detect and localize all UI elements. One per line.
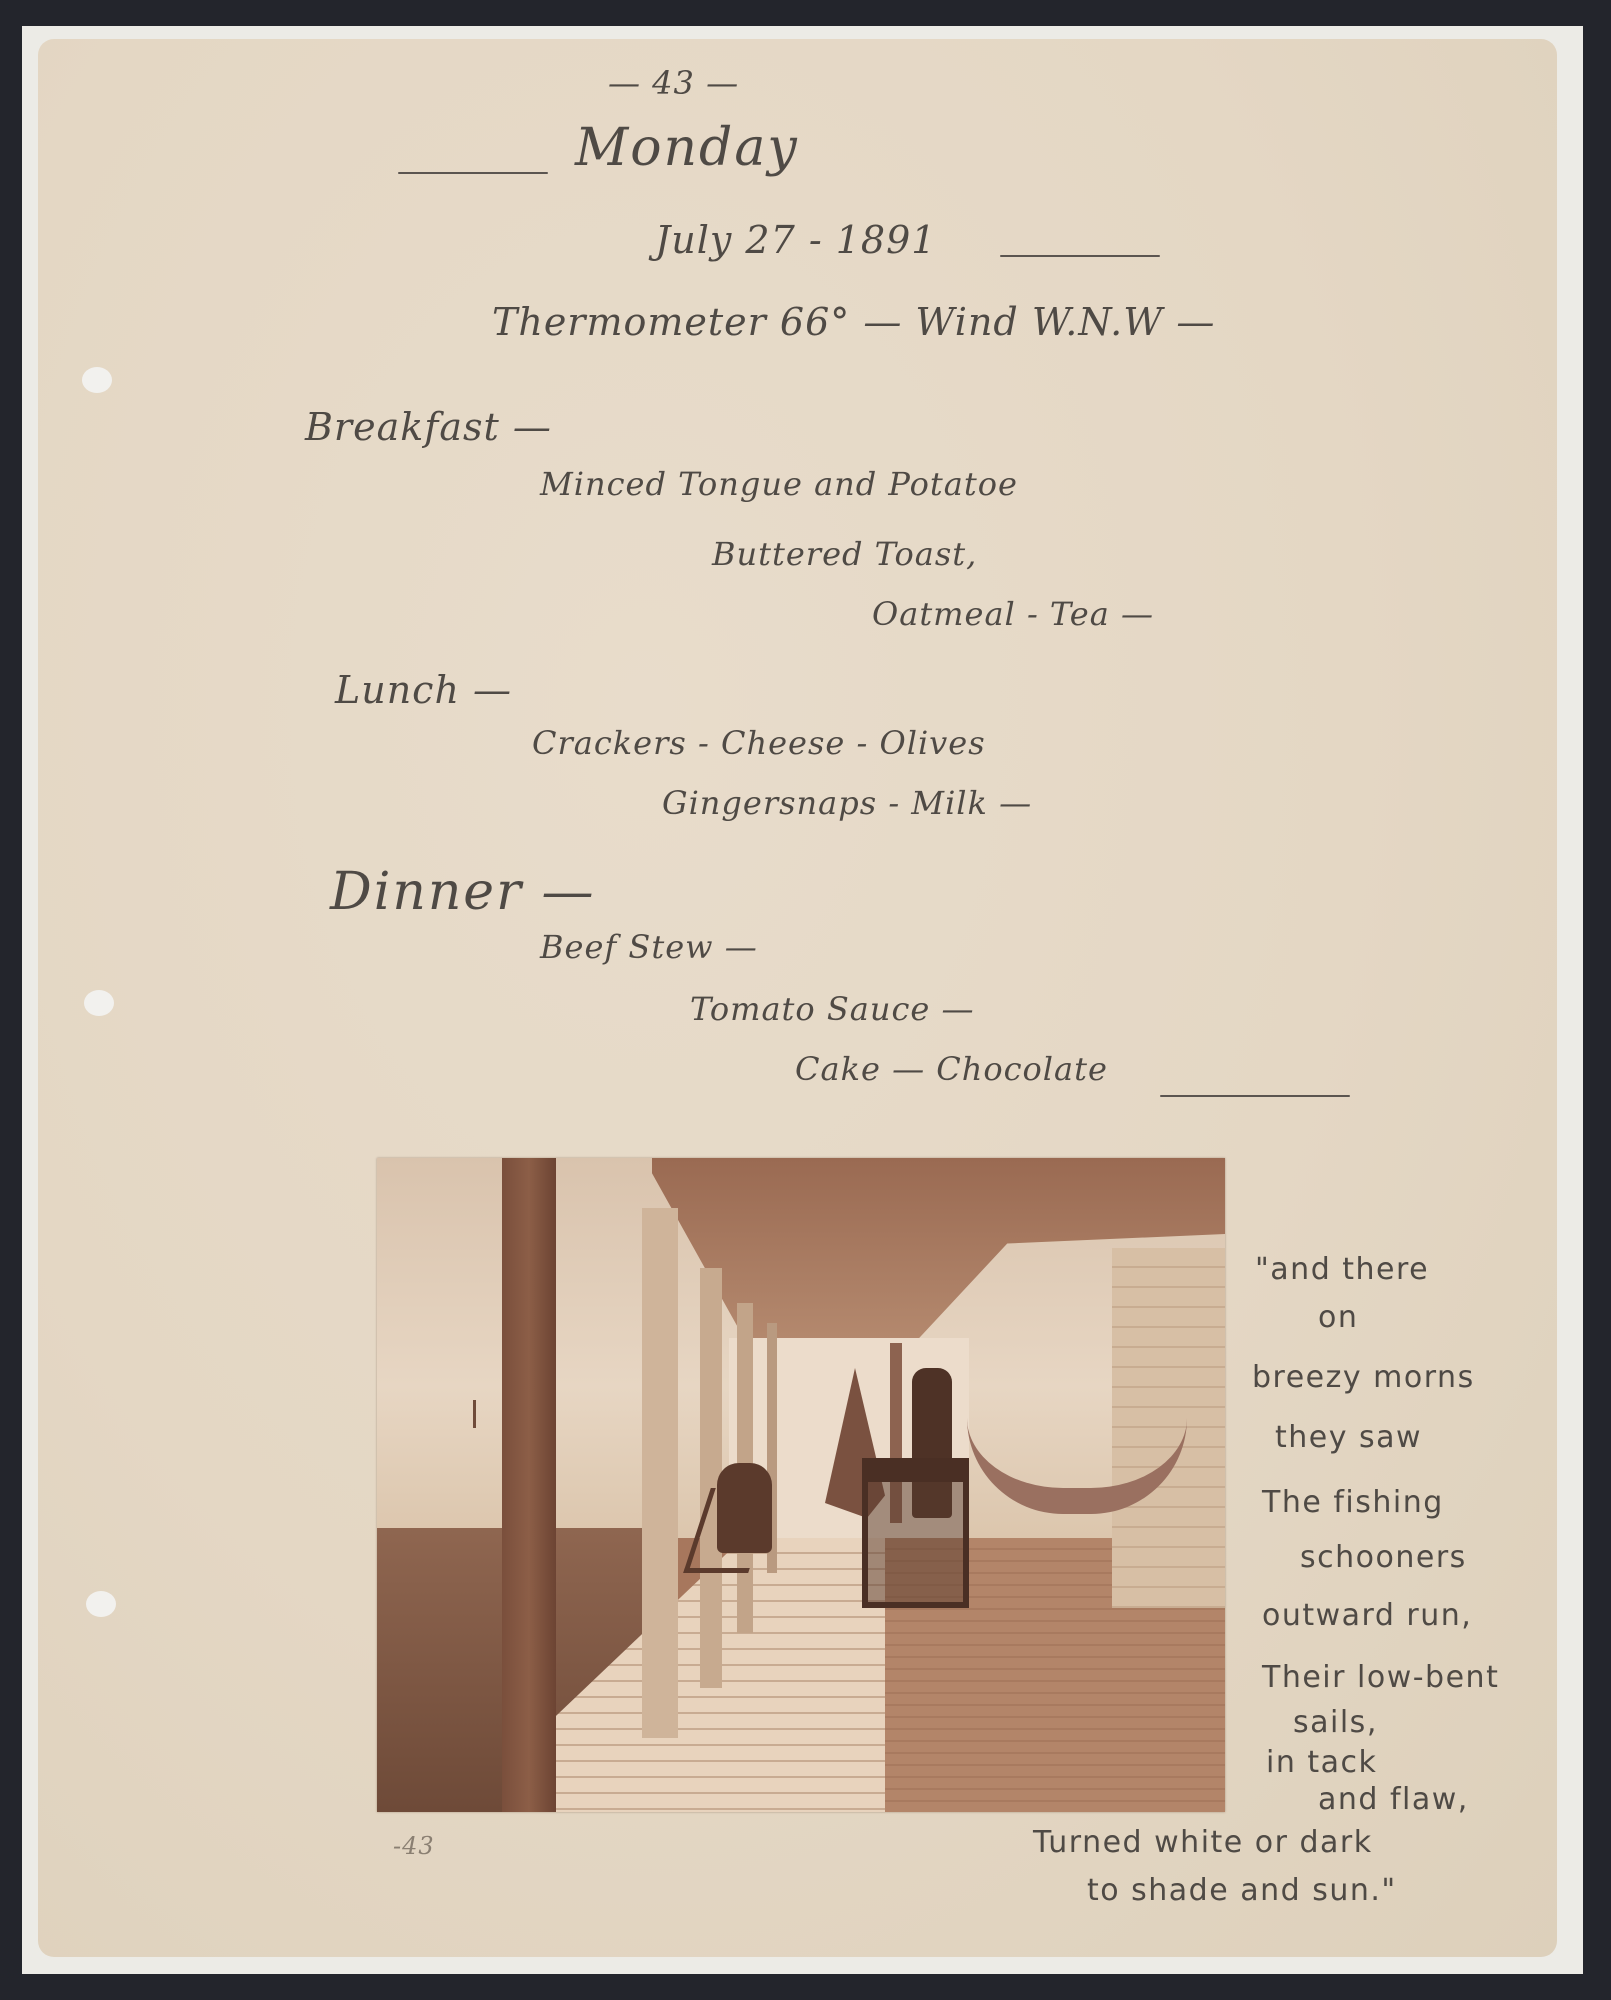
photo-sailboat xyxy=(473,1400,476,1428)
breakfast-heading: Breakfast — xyxy=(305,405,552,449)
dinner-item: Beef Stew — xyxy=(540,928,758,966)
weather-note: Thermometer 66° — Wind W.N.W — xyxy=(492,300,1215,344)
caption-line: outward run, xyxy=(1262,1598,1472,1633)
breakfast-item: Minced Tongue and Potatoe xyxy=(540,465,1018,503)
caption-line: sails, xyxy=(1293,1705,1378,1740)
lunch-item: Gingersnaps - Milk — xyxy=(662,784,1032,822)
caption-line: Their low-bent xyxy=(1262,1660,1499,1695)
caption-line: The fishing xyxy=(1262,1485,1444,1520)
caption-line: "and there xyxy=(1255,1252,1429,1287)
dinner-heading: Dinner — xyxy=(330,862,595,922)
title-flourish-rule xyxy=(398,172,548,174)
lunch-heading: Lunch — xyxy=(335,668,512,712)
chocolate-underline xyxy=(1160,1095,1350,1097)
breakfast-item: Oatmeal - Tea — xyxy=(872,595,1154,633)
date-rule xyxy=(1000,255,1160,257)
dinner-item: Cake — Chocolate xyxy=(795,1050,1108,1088)
caption-line: breezy morns xyxy=(1252,1360,1475,1395)
caption-line: schooners xyxy=(1300,1540,1467,1575)
page-number-top: — 43 — xyxy=(608,64,739,102)
page-number-bottom: -43 xyxy=(393,1832,435,1860)
photo-post xyxy=(642,1208,678,1738)
punch-hole-middle xyxy=(84,990,114,1016)
entry-date: July 27 - 1891 xyxy=(655,218,936,262)
caption-line: on xyxy=(1318,1300,1358,1335)
lunch-item: Crackers - Cheese - Olives xyxy=(532,724,986,762)
caption-line: they saw xyxy=(1275,1420,1422,1455)
photo-post-front xyxy=(502,1158,556,1812)
caption-line: in tack xyxy=(1266,1745,1377,1780)
caption-line: to shade and sun." xyxy=(1087,1873,1397,1908)
porch-photograph[interactable] xyxy=(377,1158,1225,1812)
dinner-item: Tomato Sauce — xyxy=(690,990,974,1028)
punch-hole-top xyxy=(82,367,112,393)
photo-rocking-chair xyxy=(862,1458,969,1608)
page-title-day: Monday xyxy=(575,118,799,178)
breakfast-item: Buttered Toast, xyxy=(712,535,977,573)
punch-hole-bottom xyxy=(86,1591,116,1617)
caption-line: and flaw, xyxy=(1318,1782,1469,1817)
caption-line: Turned white or dark xyxy=(1033,1825,1373,1860)
